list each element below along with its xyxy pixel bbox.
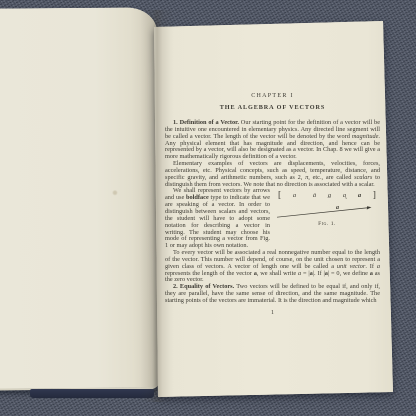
page-number: 1 <box>165 310 380 316</box>
paragraph: 2. Equality of Vectors. Two vectors will… <box>165 284 380 305</box>
paper-smudge <box>112 190 118 196</box>
vector-notation-list: [ a⃗ ā a̲ a̰ a ] <box>274 189 380 202</box>
page-title: THE ALGEBRA OF VECTORS <box>165 104 380 111</box>
paragraph-group-1: 1. Definition of a Vector. Our starting … <box>165 120 380 188</box>
paragraph: Elementary examples of vectors are displ… <box>165 161 380 188</box>
book-photo-scene: CHAPTER I THE ALGEBRA OF VECTORS 1. Defi… <box>0 0 416 416</box>
vector-arrow-figure: a <box>274 204 380 220</box>
right-text-page: CHAPTER I THE ALGEBRA OF VECTORS 1. Defi… <box>148 18 396 398</box>
vector-arrow <box>274 204 380 220</box>
vector-notation: a̰ <box>343 193 346 200</box>
right-page-wrap: CHAPTER I THE ALGEBRA OF VECTORS 1. Defi… <box>148 18 396 398</box>
bracket-left: [ <box>278 192 281 199</box>
paragraph: 1. Definition of a Vector. Our starting … <box>165 120 380 161</box>
body-text: 1. Definition of a Vector. Our starting … <box>165 120 380 305</box>
paragraph: To every vector will be associated a rea… <box>165 250 380 284</box>
vector-notation: a <box>358 193 361 200</box>
vector-notation: a⃗ <box>293 193 301 200</box>
bracket-right: ] <box>373 192 376 199</box>
arrow-label: a <box>336 205 339 211</box>
vector-notation: a̲ <box>328 193 331 200</box>
figure-1: [ a⃗ ā a̲ a̰ a ] <box>274 189 380 235</box>
book-cover-edge <box>30 389 154 398</box>
vector-notation: ā <box>313 193 316 200</box>
text-column: CHAPTER I THE ALGEBRA OF VECTORS 1. Defi… <box>165 93 380 316</box>
chapter-heading: CHAPTER I <box>165 93 380 100</box>
left-blank-page <box>0 7 159 390</box>
figure-caption: Fig. 1. <box>274 221 380 228</box>
